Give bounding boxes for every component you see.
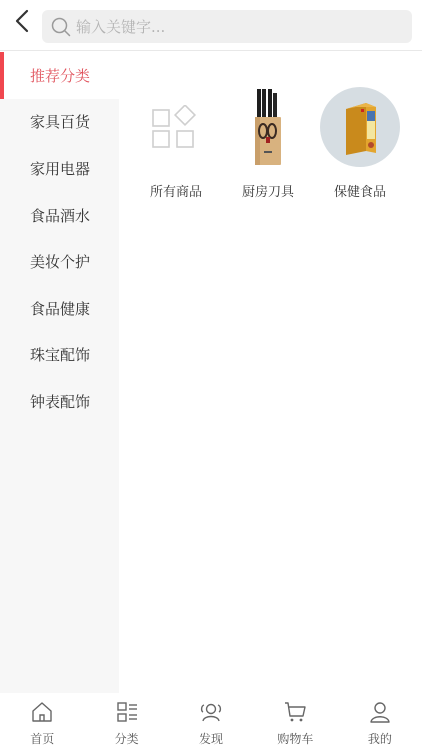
search-input[interactable] — [76, 18, 396, 36]
sidebar-item-appliances[interactable]: 家用电器 — [0, 145, 119, 192]
sidebar-item-label: 食品酒水 — [30, 205, 90, 226]
subcategory-label: 保健食品 — [334, 181, 386, 200]
tab-cart[interactable]: 购物车 — [253, 693, 337, 750]
home-icon — [29, 699, 55, 725]
search-icon — [50, 16, 72, 38]
sidebar-item-beauty[interactable]: 美妆个护 — [0, 238, 119, 285]
sidebar-item-label: 珠宝配饰 — [30, 344, 90, 365]
search-bar[interactable] — [42, 10, 412, 43]
sidebar-item-food-drinks[interactable]: 食品酒水 — [0, 192, 119, 239]
subcategory-label: 所有商品 — [150, 181, 202, 200]
knife-block-image — [228, 87, 308, 167]
sidebar-item-label: 食品健康 — [30, 298, 90, 319]
tab-profile[interactable]: 我的 — [338, 693, 422, 750]
tab-discover[interactable]: 发现 — [169, 693, 253, 750]
bottom-tab-bar: 首页 分类 发现 购物车 我的 — [0, 693, 422, 750]
tab-label: 首页 — [30, 730, 54, 747]
sidebar-item-food-health[interactable]: 食品健康 — [0, 285, 119, 332]
sidebar-item-label: 家具百货 — [30, 111, 90, 132]
sidebar-item-jewelry[interactable]: 珠宝配饰 — [0, 332, 119, 379]
category-content: 所有商品 厨房 — [119, 52, 422, 693]
subcategory-grid: 所有商品 厨房 — [119, 52, 422, 200]
tab-label: 发现 — [199, 730, 223, 747]
subcategory-health-food[interactable]: 保健食品 — [314, 87, 406, 200]
category-list-icon — [114, 699, 140, 725]
subcategory-label: 厨房刀具 — [242, 181, 294, 200]
tab-label: 我的 — [368, 730, 392, 747]
user-icon — [367, 699, 393, 725]
header — [0, 0, 422, 51]
sidebar-item-recommended[interactable]: 推荐分类 — [0, 52, 119, 99]
tab-label: 分类 — [115, 730, 139, 747]
subcategory-kitchen-knives[interactable]: 厨房刀具 — [222, 87, 314, 200]
subcategory-all-products[interactable]: 所有商品 — [130, 87, 222, 200]
grid-shapes-icon — [136, 87, 216, 167]
sidebar-item-label: 美妆个护 — [30, 251, 90, 272]
tab-category[interactable]: 分类 — [84, 693, 168, 750]
category-sidebar: 推荐分类 家具百货 家用电器 食品酒水 美妆个护 食品健康 珠宝配饰 钟表配饰 — [0, 52, 119, 693]
back-button[interactable] — [10, 9, 34, 37]
sidebar-item-watches[interactable]: 钟表配饰 — [0, 378, 119, 425]
cart-icon — [282, 699, 308, 725]
sidebar-item-label: 家用电器 — [30, 158, 90, 179]
tab-home[interactable]: 首页 — [0, 693, 84, 750]
tab-label: 购物车 — [277, 730, 313, 747]
sidebar-item-label: 钟表配饰 — [30, 391, 90, 412]
discover-people-icon — [198, 699, 224, 725]
chevron-left-icon — [14, 9, 30, 37]
sidebar-item-home-goods[interactable]: 家具百货 — [0, 99, 119, 146]
sidebar-item-label: 推荐分类 — [30, 65, 90, 86]
health-supplement-box-image — [320, 87, 400, 167]
category-page: 推荐分类 家具百货 家用电器 食品酒水 美妆个护 食品健康 珠宝配饰 钟表配饰 … — [0, 0, 422, 750]
